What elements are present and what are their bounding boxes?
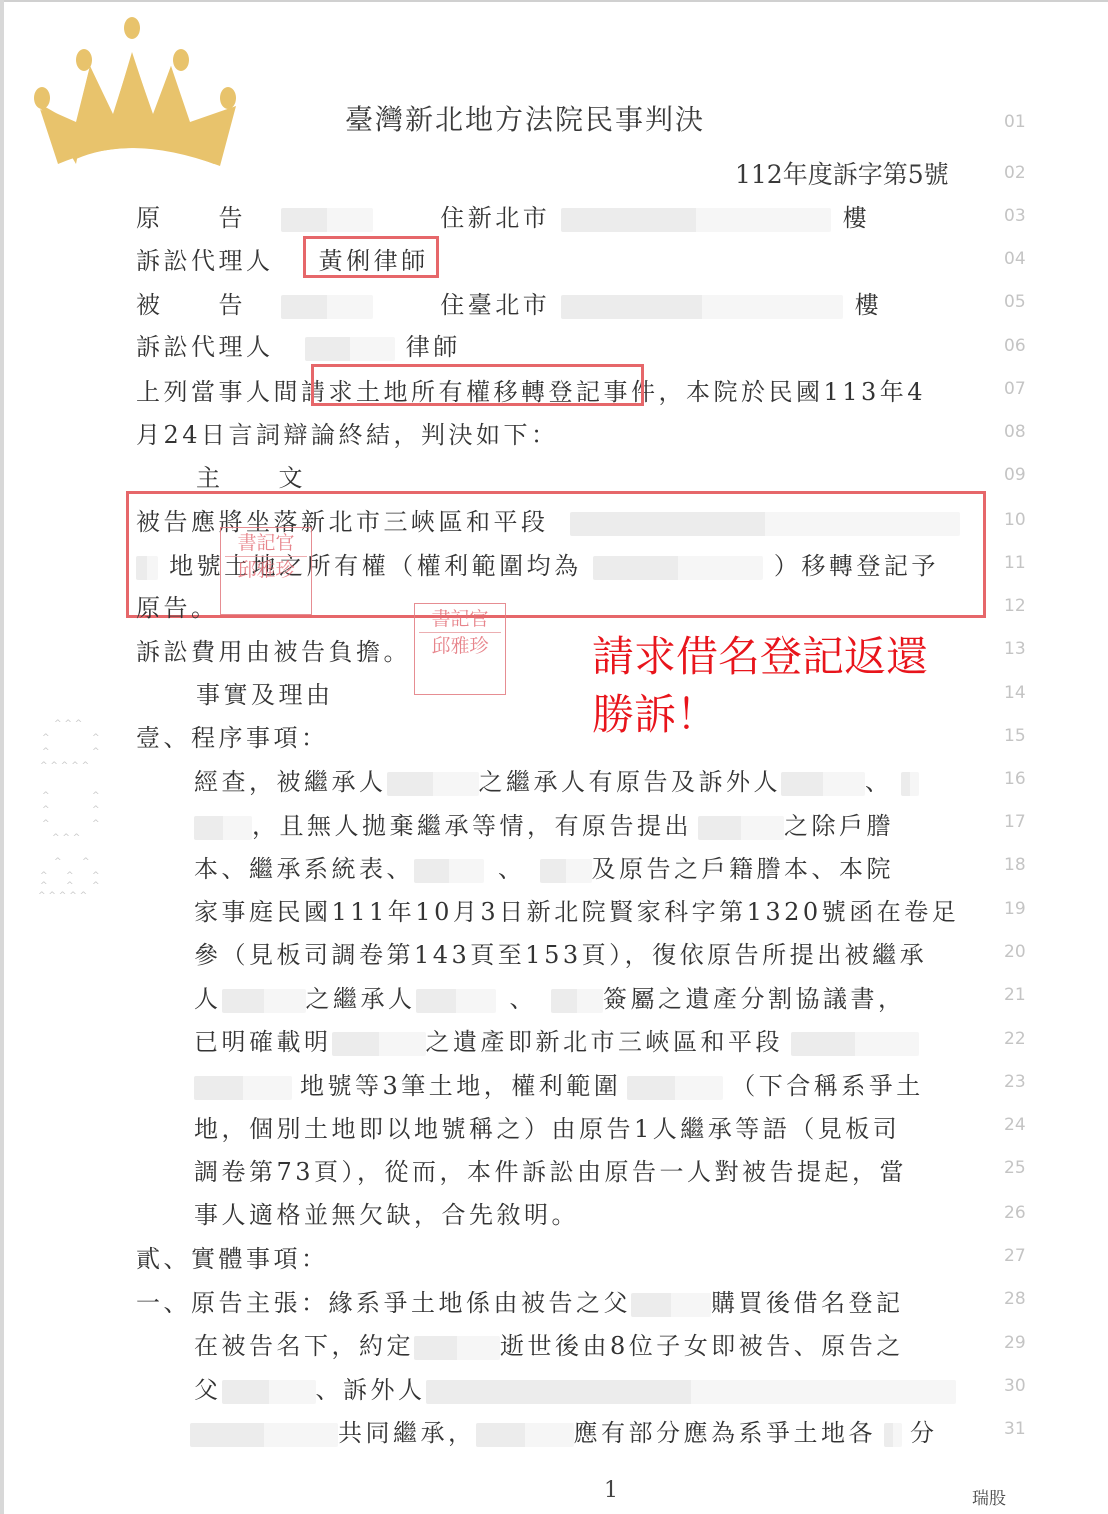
redacted-block (305, 337, 395, 361)
section-procedural: 壹、程序事項： (136, 718, 329, 753)
crown-icon (18, 14, 238, 174)
para-text: （下合稱系爭土 (731, 1072, 924, 1100)
para-line-30: 父、訴外人 (194, 1370, 956, 1405)
redacted-block (387, 772, 479, 796)
redacted-block (901, 772, 919, 796)
redacted-block (791, 1032, 919, 1056)
para-line-21: 人之繼承人、簽屬之遺產分割協議書， (194, 979, 906, 1014)
defendant-line: 被 告 住臺北市 樓 (136, 285, 882, 320)
para-text: 已明確載明 (194, 1028, 332, 1056)
intro-line-8: 月24日言詞辯論終結，判決如下： (136, 415, 559, 450)
highlight-box-agent (303, 236, 439, 278)
stamp-title: 書記官 (225, 530, 307, 556)
ruling-text: 被告應將坐落新北市三峽區和平段 (136, 508, 549, 536)
defendant-label: 被 告 (136, 291, 246, 319)
line-number: 04 (1004, 249, 1026, 269)
main-text-heading: 主 文 (196, 458, 306, 493)
redacted-block (561, 208, 831, 232)
plaintiff-floor: 樓 (843, 204, 871, 232)
defendant-floor: 樓 (855, 291, 883, 319)
line-number: 23 (1004, 1072, 1026, 1092)
clerk-seal-stamp: 書記官 邱雅珍 (220, 527, 312, 615)
para-text: 簽屬之遺產分割協議書， (603, 985, 906, 1013)
para-text: ，且無人拋棄繼承等情，有原告提出 (252, 812, 692, 840)
para-line-28: 一、原告主張：緣系爭土地係由被告之父購買後借名登記 (136, 1283, 904, 1318)
page-left-border (0, 0, 4, 1514)
line-number: 15 (1004, 726, 1026, 746)
page-number: 1 (604, 1478, 618, 1503)
para-line-23: 地號等3筆土地，權利範圍（下合稱系爭土 (194, 1066, 924, 1101)
para-line-19: 家事庭民國111年10月3日新北院賢家科字第1320號函在卷足 (194, 892, 959, 927)
callout-line: 勝訴！ (592, 686, 928, 744)
redacted-block (593, 556, 763, 580)
svg-text:^: ^ (42, 805, 50, 815)
redacted-block (281, 295, 373, 319)
para-text: 之遺產即新北市三峽區和平段 (426, 1028, 784, 1056)
para-line-18: 本、繼承系統表、、及原告之戶籍謄本、本院 (194, 849, 894, 884)
para-text: 在被告名下，約定 (194, 1332, 414, 1360)
redacted-block (884, 1423, 902, 1447)
redacted-block (551, 989, 603, 1013)
redacted-block (781, 772, 865, 796)
plaintiff-line: 原 告 住新北市 樓 (136, 198, 870, 233)
para-text: 一、原告主張：緣系爭土地係由被告之父 (136, 1289, 631, 1317)
line-number: 28 (1004, 1289, 1026, 1309)
para-text: 購買後借名登記 (711, 1289, 904, 1317)
para-text: 地號等3筆土地，權利範圍 (300, 1072, 621, 1100)
svg-text:^: ^ (92, 805, 100, 815)
redacted-block (476, 1423, 574, 1447)
redacted-block (627, 1076, 723, 1100)
page-top-border (0, 0, 1108, 2)
para-line-25: 調卷第73頁），從而，本件訴訟由原告一人對被告提起，當 (194, 1152, 907, 1187)
para-line-20: 參（見板司調卷第143頁至153頁），復依原告所提出被繼承 (194, 935, 927, 970)
svg-text:^ ^ ^: ^ ^ ^ (52, 833, 80, 843)
redacted-block (698, 816, 784, 840)
callout-line: 請求借名登記返還 (592, 628, 928, 686)
svg-text:^ ^ ^: ^ ^ ^ (54, 719, 82, 729)
line-number: 11 (1004, 553, 1026, 573)
line-number: 30 (1004, 1376, 1026, 1396)
line-number: 10 (1004, 510, 1026, 530)
line-number: 31 (1004, 1419, 1026, 1439)
victory-callout: 請求借名登記返還 勝訴！ (592, 628, 928, 744)
intro-text: 上列當事人間 (136, 378, 301, 406)
defendant-agent-label: 訴訟代理人 (136, 333, 274, 361)
para-text: 、訴外人 (316, 1376, 426, 1404)
ruling-text: ）移轉登記予 (774, 552, 939, 580)
line-number: 07 (1004, 379, 1026, 399)
line-number: 16 (1004, 769, 1026, 789)
para-line-29: 在被告名下，約定逝世後由8位子女即被告、原告之 (194, 1326, 904, 1361)
para-line-22: 已明確載明之遺產即新北市三峽區和平段 (194, 1022, 919, 1057)
line-number: 29 (1004, 1333, 1026, 1353)
line-number: 08 (1004, 422, 1026, 442)
line-number: 05 (1004, 292, 1026, 312)
plaintiff-agent-label: 訴訟代理人 (136, 247, 274, 275)
svg-text:^: ^ (92, 733, 100, 743)
redacted-block (194, 1076, 292, 1100)
svg-text:^: ^ (42, 747, 50, 757)
line-number: 03 (1004, 206, 1026, 226)
line-number: 12 (1004, 596, 1026, 616)
svg-text:^: ^ (42, 791, 50, 801)
para-text: 本、繼承系統表、 (194, 855, 414, 883)
ruling-line-12: 原告。 (136, 588, 219, 623)
svg-text:^: ^ (82, 857, 90, 867)
defendant-agent-suffix: 律師 (406, 333, 461, 361)
redacted-block (426, 1380, 956, 1404)
para-text: 經查，被繼承人 (194, 768, 387, 796)
redacted-block (222, 1380, 316, 1404)
para-text: 及原告之戶籍謄本、本院 (592, 855, 895, 883)
redacted-block (414, 1336, 500, 1360)
redacted-block (190, 1423, 338, 1447)
line-number: 20 (1004, 942, 1026, 962)
line-number: 01 (1004, 112, 1026, 132)
svg-text:^: ^ (92, 791, 100, 801)
redacted-block (281, 208, 373, 232)
line-number: 24 (1004, 1115, 1026, 1135)
line-number: 27 (1004, 1246, 1026, 1266)
redacted-block (561, 295, 843, 319)
para-text: 分 (910, 1419, 938, 1447)
stamp-name: 邱雅珍 (225, 556, 307, 583)
redacted-block (332, 1032, 426, 1056)
line-number: 09 (1004, 465, 1026, 485)
svg-text:^: ^ (92, 881, 100, 891)
stamp-title: 書記官 (419, 606, 501, 632)
para-text: 、 (498, 855, 526, 883)
redacted-block (540, 859, 592, 883)
line-number: 21 (1004, 985, 1026, 1005)
redacted-block (631, 1293, 711, 1317)
case-number: 112年度訴字第5號 (735, 155, 949, 191)
line-number: 06 (1004, 336, 1026, 356)
redacted-block (194, 816, 252, 840)
para-text: 人 (194, 985, 222, 1013)
para-text: 之繼承人有原告及訴外人 (479, 768, 782, 796)
svg-text:^: ^ (66, 871, 74, 881)
para-text: 應有部分應為系爭土地各 (574, 1419, 877, 1447)
para-text: 父 (194, 1376, 222, 1404)
document-title: 臺灣新北地方法院民事判決 (345, 98, 705, 138)
svg-text:^: ^ (40, 881, 48, 891)
svg-text:^: ^ (42, 733, 50, 743)
svg-text:^: ^ (66, 881, 74, 891)
defendant-address: 住臺北市 (440, 291, 550, 319)
svg-text:^: ^ (40, 871, 48, 881)
highlight-box-subject (311, 364, 644, 406)
para-text: 之除戶謄 (784, 812, 894, 840)
para-line-26: 事人適格並無欠缺，合先敘明。 (194, 1195, 579, 1230)
para-line-24: 地，個別土地即以地號稱之）由原告1人繼承等語（見板司 (194, 1109, 900, 1144)
redacted-block (416, 989, 496, 1013)
cost-line: 訴訟費用由被告負擔。 (136, 632, 411, 667)
stamp-name: 邱雅珍 (419, 632, 501, 659)
redacted-block (414, 859, 484, 883)
svg-text:^: ^ (54, 857, 62, 867)
line-number: 17 (1004, 812, 1026, 832)
line-number: 18 (1004, 855, 1026, 875)
para-line-17: ，且無人拋棄繼承等情，有原告提出之除戶謄 (194, 806, 894, 841)
line-number: 25 (1004, 1158, 1026, 1178)
svg-text:^: ^ (42, 819, 50, 829)
line-number: 02 (1004, 163, 1026, 183)
para-line-16: 經查，被繼承人之繼承人有原告及訴外人、 (194, 762, 919, 797)
binding-holes-icon: ^ ^ ^ ^^ ^^ ^ ^ ^ ^ ^ ^^ ^^ ^^ ^ ^ ^ ^^ … (36, 718, 106, 898)
line-number: 13 (1004, 639, 1026, 659)
svg-text:^ ^ ^ ^ ^: ^ ^ ^ ^ ^ (40, 761, 89, 771)
para-line-31: 共同繼承，應有部分應為系爭土地各分 (190, 1413, 938, 1448)
reasons-heading: 事實及理由 (196, 675, 334, 710)
para-text: 共同繼承， (338, 1419, 476, 1447)
redacted-block (222, 989, 306, 1013)
line-number: 26 (1004, 1203, 1026, 1223)
clerk-seal-stamp: 書記官 邱雅珍 (414, 603, 506, 695)
svg-text:^: ^ (92, 747, 100, 757)
para-text: 之繼承人 (306, 985, 416, 1013)
section-substantive: 貳、實體事項： (136, 1239, 329, 1274)
line-number: 22 (1004, 1029, 1026, 1049)
line-number: 19 (1004, 899, 1026, 919)
para-text: 、 (865, 768, 893, 796)
plaintiff-label: 原 告 (136, 204, 246, 232)
redacted-block (570, 512, 960, 536)
intro-text: 事件，本院於民國113年4 (604, 378, 927, 406)
svg-text:^: ^ (92, 871, 100, 881)
svg-text:^: ^ (92, 819, 100, 829)
svg-text:^ ^ ^ ^ ^: ^ ^ ^ ^ ^ (38, 891, 87, 898)
redacted-block (136, 556, 158, 580)
para-text: 、 (510, 985, 538, 1013)
para-text: 逝世後由8位子女即被告、原告之 (500, 1332, 904, 1360)
defendant-agent-line: 訴訟代理人 律師 (136, 327, 461, 362)
plaintiff-address: 住新北市 (440, 204, 550, 232)
footer-mark: 瑞股 (972, 1484, 1006, 1509)
line-number: 14 (1004, 683, 1026, 703)
